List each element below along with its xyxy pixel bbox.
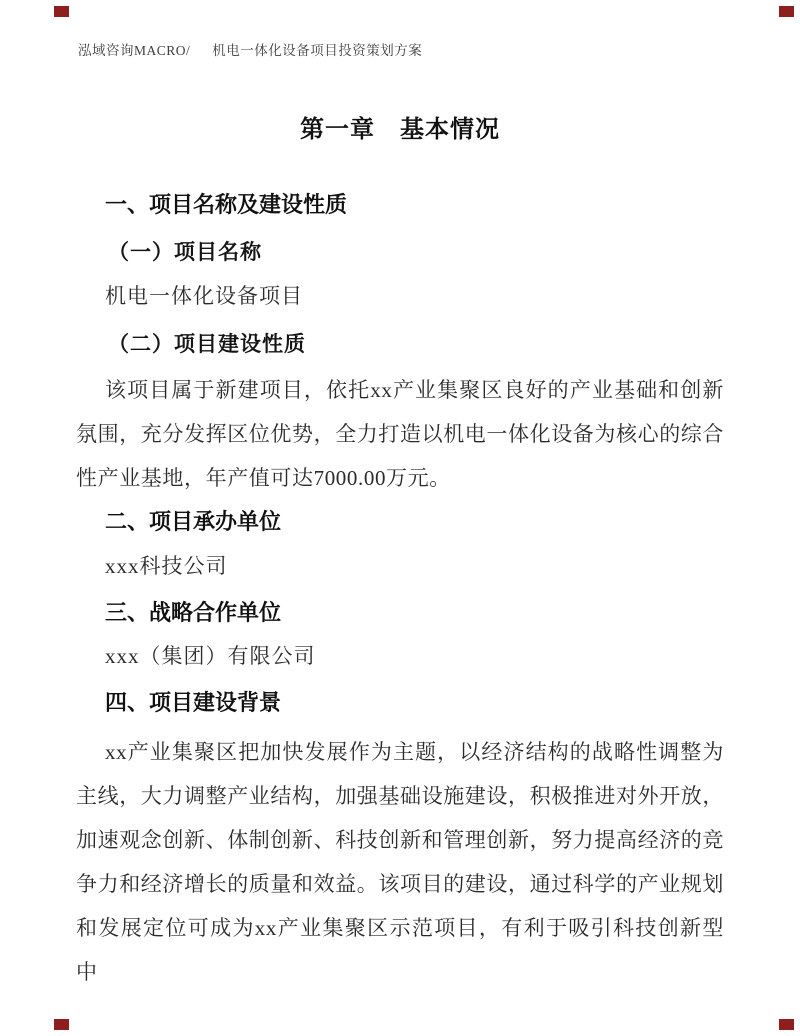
section-heading-undertaking-unit: 二、项目承办单位 (105, 512, 281, 534)
section-heading-project-name-and-nature: 一、项目名称及建设性质 (105, 195, 347, 217)
undertaking-unit-value: xxx科技公司 (105, 556, 228, 577)
header-brand: 泓域咨询MACRO/ (78, 43, 190, 58)
section-heading-construction-background: 四、项目建设背景 (105, 693, 281, 715)
strategic-partner-value: xxx（集团）有限公司 (105, 646, 316, 667)
project-name-value: 机电一体化设备项目 (105, 286, 303, 307)
construction-nature-paragraph: 该项目属于新建项目，依托xx产业集聚区良好的产业基础和创新氛围，充分发挥区位优势… (76, 368, 724, 500)
corner-mark-top-right (779, 6, 794, 17)
page-header: 泓域咨询MACRO/机电一体化设备项目投资策划方案 (78, 44, 422, 58)
corner-mark-bottom-right (779, 1019, 794, 1030)
construction-background-paragraph: xx产业集聚区把加快发展作为主题，以经济结构的战略性调整为主线，大力调整产业结构… (76, 730, 724, 994)
subsection-heading-construction-nature: （二）项目建设性质 (108, 334, 306, 355)
document-page: 泓域咨询MACRO/机电一体化设备项目投资策划方案 第一章 基本情况 一、项目名… (0, 0, 800, 1036)
subsection-heading-project-name: （一）项目名称 (108, 242, 262, 263)
section-heading-strategic-partner: 三、战略合作单位 (105, 603, 281, 625)
header-doc-title: 机电一体化设备项目投资策划方案 (212, 43, 422, 58)
chapter-title: 第一章 基本情况 (0, 117, 800, 141)
corner-mark-top-left (54, 6, 69, 17)
corner-mark-bottom-left (54, 1019, 69, 1030)
